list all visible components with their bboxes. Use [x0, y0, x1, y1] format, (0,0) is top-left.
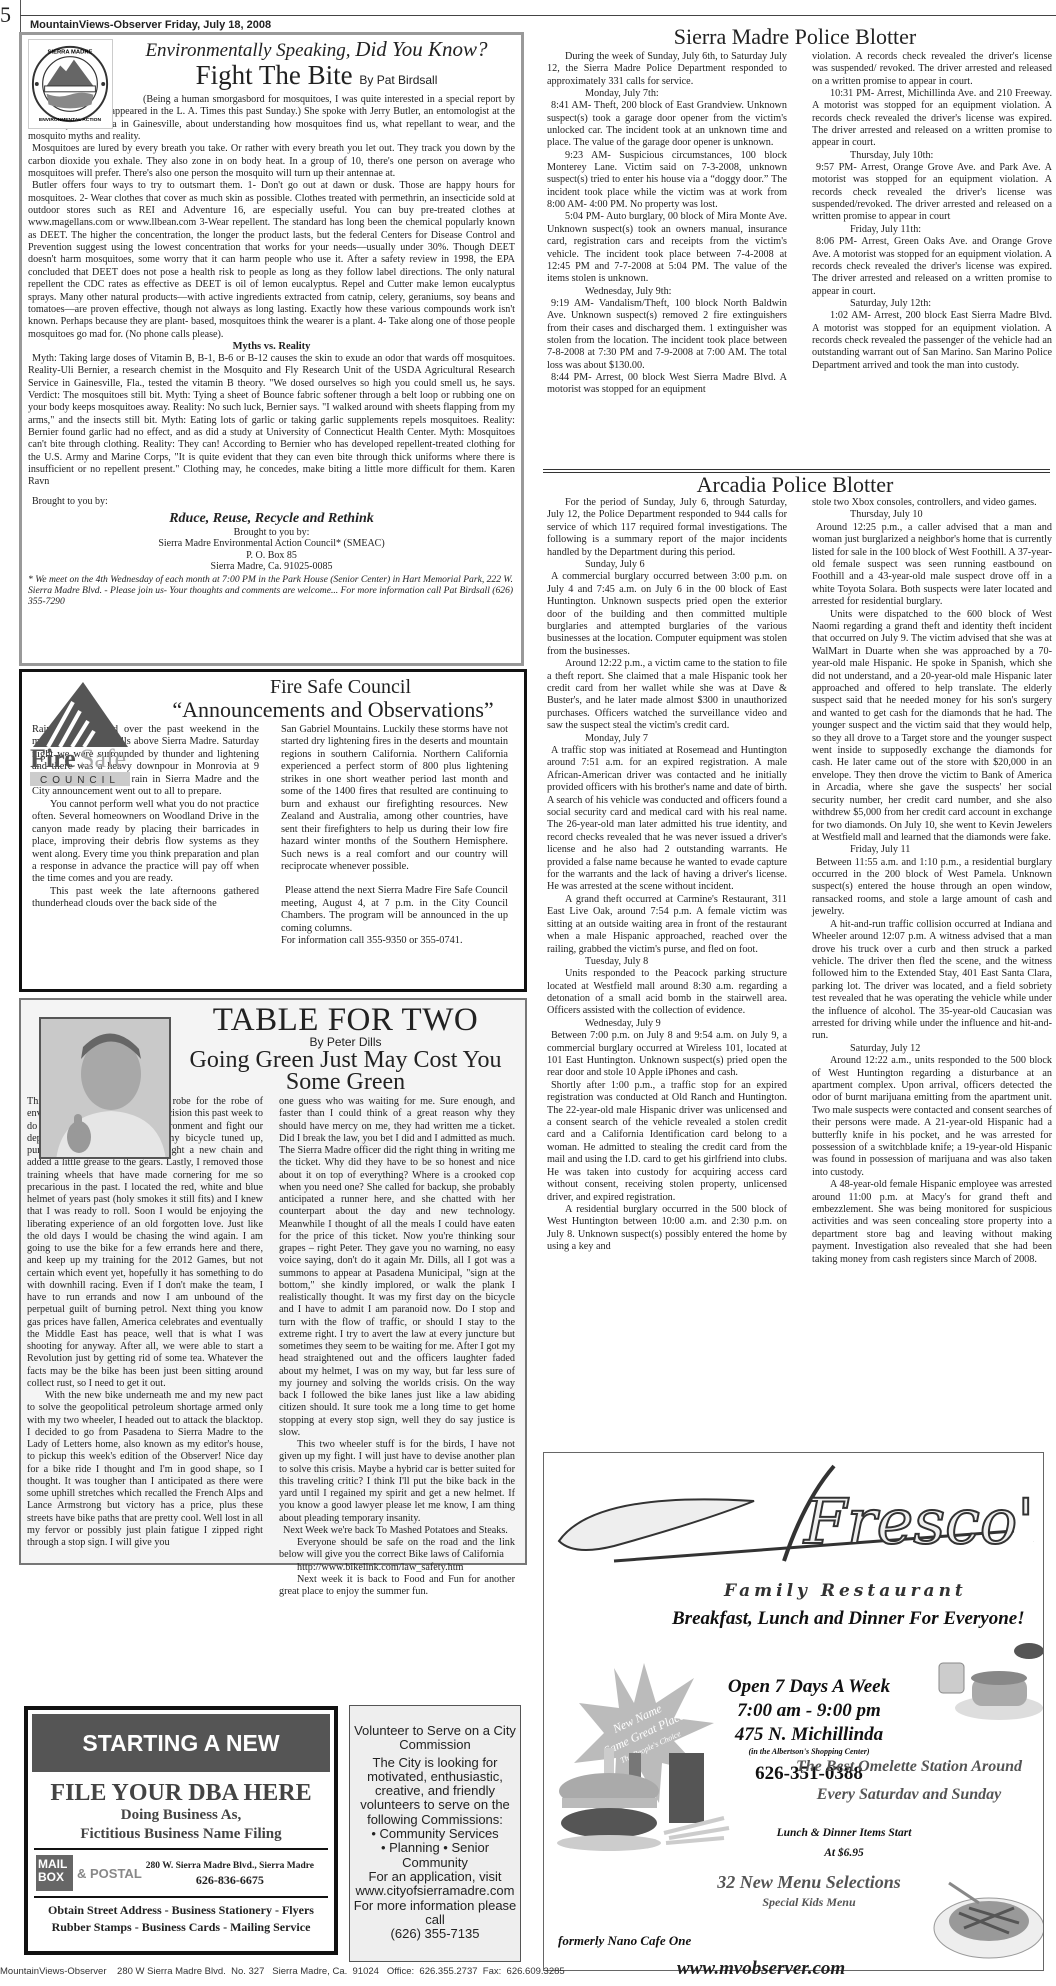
- svg-text:COUNCIL: COUNCIL: [40, 775, 120, 786]
- author-photo: [39, 1017, 171, 1159]
- svg-text:Fire: Fire: [30, 744, 76, 773]
- env-paragraph: Mosquitoes are lured by every breath you…: [28, 143, 515, 180]
- smeac-seal-icon: SIERRA MADRE ENVIRONMENTAL ACTION: [28, 39, 113, 129]
- volunteer-apply: For an application, visit www.cityofsier…: [353, 1870, 517, 1899]
- fresco-subtitle: Family Restaurant: [724, 1581, 967, 1601]
- table-for-two-column-2: one guess who was waiting for me. Sure e…: [279, 1096, 515, 1598]
- sierra-madre-blotter-title: Sierra Madre Police Blotter: [560, 25, 1030, 49]
- blotter-entry: Between 11:55 a.m. and 1:10 p.m., a resi…: [812, 857, 1052, 919]
- volunteer-title: Volunteer to Serve on a City Commission: [353, 1724, 517, 1753]
- blotter-entry: Around 12:22 a.m., units responded to th…: [812, 1055, 1052, 1179]
- blotter-day-heading: Wednesday, July 9: [547, 1018, 787, 1030]
- fire-safe-subtitle: “Announcements and Observations”: [152, 698, 514, 722]
- t2-paragraph: Next week it is back to Food and Fun for…: [279, 1574, 515, 1599]
- mailbox-logo-line: BOX: [38, 1871, 71, 1884]
- postal-label: & POSTAL: [77, 1866, 142, 1881]
- salad-photo-icon: [929, 1863, 1044, 1963]
- org-city: Sierra Madre, Ca. 91025-0085: [28, 561, 515, 573]
- fire-paragraph: San Gabriel Mountains. Luckily these sto…: [281, 724, 508, 873]
- ad-headline: FILE YOUR DBA HERE: [32, 1780, 330, 1806]
- fresco-tagline: Breakfast, Lunch and Dinner For Everyone…: [672, 1608, 1025, 1630]
- fresco-lunch-2: At $6.95: [744, 1843, 944, 1863]
- arcadia-blotter-title: Arcadia Police Blotter: [560, 473, 1030, 497]
- blotter-entry: stole two Xbox consoles, controllers, an…: [812, 497, 1052, 509]
- mailbox-postal-ad: STARTING A NEW BUSINESS ? FILE YOUR DBA …: [24, 1706, 338, 1955]
- blotter-entry: Units responded to the Peacock parking s…: [547, 968, 787, 1018]
- volunteer-item: • Planning • Senior Community: [353, 1841, 517, 1870]
- blotter-day-heading: Thursday, July 10: [812, 509, 1052, 521]
- person-photo-icon: [41, 1019, 171, 1159]
- blotter-entry: During the week of Sunday, July 6th, to …: [547, 51, 787, 88]
- fire-paragraph: This past week the late afternoons gathe…: [32, 886, 259, 911]
- svg-text:Safe: Safe: [80, 744, 126, 773]
- table-for-two-article: TABLE FOR TWO By Peter Dills Going Green…: [19, 998, 527, 1565]
- brought-by-label: Brought to you by:: [32, 496, 515, 507]
- fire-safe-column-2: San Gabriel Mountains. Luckily these sto…: [281, 724, 508, 948]
- ad-phone: 626-836-6675: [146, 1873, 314, 1887]
- header-rule: [20, 15, 1056, 16]
- fresco-open: Open 7 Days A Week: [694, 1675, 924, 1699]
- blotter-entry: A grand theft occurred at Carmine's Rest…: [547, 894, 787, 956]
- footer-contact: MountainViews-Observer 280 W Sierra Madr…: [0, 1966, 565, 1977]
- org-po-box: P. O. Box 85: [28, 550, 515, 562]
- blotter-entry: 5:04 PM- Auto burglary, 00 block of Mira…: [547, 211, 787, 285]
- env-kicker-a: Environmentally Speaking,: [145, 40, 350, 61]
- blotter-day-heading: Sunday, July 6: [547, 559, 787, 571]
- svg-text:Fresco's: Fresco's: [803, 1485, 1034, 1558]
- env-kicker-b: Did You Know?: [355, 37, 487, 61]
- fire-safe-title: Fire Safe Council: [167, 676, 514, 698]
- blotter-entry: A 48-year-old female Hispanic employee w…: [812, 1179, 1052, 1266]
- volunteer-phone: (626) 355-7135: [353, 1927, 517, 1941]
- bikelink-url[interactable]: http://www.bikelink.com/law_safety.htm: [279, 1562, 515, 1574]
- blotter-day-heading: Monday, July 7: [547, 733, 787, 745]
- blotter-entry: 8:41 AM- Theft, 200 block of East Grandv…: [547, 100, 787, 149]
- blotter-column: violation. A records check revealed the …: [812, 51, 1052, 397]
- blotter-day-heading: Thursday, July 10th:: [812, 150, 1052, 162]
- ad-services-1: Obtain Street Address - Business Station…: [32, 1902, 330, 1919]
- fresco-lunch-1: Lunch & Dinner Items Start: [744, 1823, 944, 1843]
- ad-services-2: Rubber Stamps - Business Cards - Mailing…: [32, 1919, 330, 1936]
- fresco-formerly: formerly Nano Cafe One: [558, 1933, 691, 1949]
- column-title: TABLE FOR TWO: [172, 1004, 519, 1036]
- env-paragraph: Butler offers four ways to try to outsma…: [28, 180, 515, 340]
- org-name: Sierra Madre Environmental Action Counci…: [28, 538, 515, 550]
- blotter-entry: A commercial burglary occurred between 3…: [547, 571, 787, 658]
- fire-paragraph: You cannot perform well what you do not …: [32, 799, 259, 886]
- blotter-entry: violation. A records check revealed the …: [812, 51, 1052, 88]
- blotter-day-heading: Friday, July 11th:: [812, 224, 1052, 236]
- brought-by-label-2: Brought to you by:: [28, 527, 515, 539]
- arcadia-blotter: For the period of Sunday, July 6, throug…: [547, 497, 1052, 1266]
- svg-text:SIERRA MADRE: SIERRA MADRE: [48, 50, 93, 56]
- ad-subline-1: Doing Business As,: [32, 1806, 330, 1825]
- blotter-entry: 8:44 PM- Arrest, 00 block West Sierra Ma…: [547, 372, 787, 397]
- env-byline: By Pat Birdsall: [359, 73, 437, 87]
- volunteer-notice: Volunteer to Serve on a City Commission …: [349, 1705, 521, 1962]
- myths-heading: Myths vs. Reality: [28, 341, 515, 353]
- footer-website[interactable]: www.mvobserver.com: [677, 1958, 845, 1980]
- blotter-entry: 9:23 AM- Suspicious circumstances, 100 b…: [547, 150, 787, 212]
- blotter-column: stole two Xbox consoles, controllers, an…: [812, 497, 1052, 1266]
- svg-text:ENVIRONMENTAL ACTION: ENVIRONMENTAL ACTION: [39, 117, 101, 123]
- ad-subline-2: Fictitious Business Name Filing: [32, 1825, 330, 1844]
- fire-paragraph: Please attend the next Sierra Madre Fire…: [281, 885, 508, 935]
- table-for-two-column-1: This week I gave up the chef's robe for …: [27, 1096, 263, 1598]
- blotter-entry: 9:19 AM- Vandalism/Theft, 100 block Nort…: [547, 298, 787, 372]
- t2-paragraph: This two wheeler stuff is for the birds,…: [279, 1439, 515, 1525]
- volunteer-info: For more information please call: [353, 1899, 517, 1928]
- blotter-column: During the week of Sunday, July 6th, to …: [547, 51, 787, 397]
- blotter-entry: A residential burglary occurred in the 5…: [547, 1204, 787, 1254]
- volunteer-item: • Community Services: [353, 1827, 517, 1841]
- blotter-day-heading: Monday, July 7th:: [547, 88, 787, 100]
- pancake-photo-icon: [934, 1643, 1044, 1723]
- blotter-day-heading: Friday, July 11: [812, 844, 1052, 856]
- blotter-entry: 9:57 PM- Arrest, Orange Grove Ave. and P…: [812, 162, 1052, 224]
- fire-info-line: For information call 355-9350 or 355-074…: [281, 935, 508, 947]
- t2-paragraph: With the new bike underneath me and my n…: [27, 1390, 263, 1549]
- blotter-entry: A hit-and-run traffic collision occurred…: [812, 919, 1052, 1043]
- fresco-menu-1: 32 New Menu Selections: [694, 1871, 924, 1893]
- blotter-entry: 10:31 PM- Arrest, Michillinda Ave. and 2…: [812, 88, 1052, 150]
- fire-safe-logo-icon: Fire Safe COUNCIL: [28, 677, 133, 790]
- ad-address: 280 W. Sierra Madre Blvd., Sierra Madre: [146, 1859, 314, 1873]
- burger-photo-icon: [554, 1743, 734, 1863]
- blotter-entry: 8:06 PM- Arrest, Green Oaks Ave. and Ora…: [812, 236, 1052, 298]
- column-headline: Going Green Just May Cost You Some Green: [172, 1049, 519, 1093]
- ad-banner: STARTING A NEW BUSINESS ?: [32, 1714, 330, 1772]
- fresco-hours: 7:00 am - 9:00 pm: [694, 1699, 924, 1723]
- blotter-entry: 1:02 AM- Arrest, 200 block East Sierra M…: [812, 310, 1052, 372]
- t2-paragraph: one guess who was waiting for me. Sure e…: [279, 1096, 515, 1439]
- page-number: 5: [0, 2, 11, 28]
- blotter-entry: Units were dispatched to the 600 block o…: [812, 609, 1052, 845]
- blotter-entry: A traffic stop was initiated at Rosemead…: [547, 745, 787, 894]
- masthead: MountainViews-Observer Friday, July 18, …: [30, 19, 271, 31]
- frescos-restaurant-ad: Fresco's Family Restaurant Breakfast, Lu…: [543, 1452, 1044, 1971]
- blotter-day-heading: Wednesday, July 9th:: [547, 286, 787, 298]
- blotter-day-heading: Tuesday, July 8: [547, 956, 787, 968]
- myths-paragraph: Myth: Taking large doses of Vitamin B, B…: [28, 353, 515, 489]
- fire-safe-article: Fire Safe COUNCIL Fire Safe Council “Ann…: [19, 669, 527, 992]
- fresco-omelette-2: Every Saturdav and Sunday: [774, 1781, 1044, 1809]
- blotter-entry: Around 12:25 p.m., a caller advised that…: [812, 522, 1052, 609]
- env-title: Fight The Bite: [196, 60, 353, 90]
- t2-paragraph: Everyone should be safe on the road and …: [279, 1537, 515, 1562]
- blotter-entry: Shortly after 1:00 p.m., a traffic stop …: [547, 1080, 787, 1204]
- environment-article: SIERRA MADRE ENVIRONMENTAL ACTION Enviro…: [19, 32, 524, 666]
- blotter-day-heading: Saturday, July 12: [812, 1043, 1052, 1055]
- blotter-entry: For the period of Sunday, July 6, throug…: [547, 497, 787, 559]
- fresco-omelette-1: The Best Omelette Station Around: [774, 1753, 1044, 1781]
- fresco-menu-2: Special Kids Menu: [694, 1893, 924, 1911]
- t2-paragraph: Next Week we're back To Mashed Potatoes …: [279, 1525, 515, 1537]
- frescos-logo-icon: Fresco's: [554, 1461, 1034, 1581]
- sierra-madre-blotter: During the week of Sunday, July 6th, to …: [547, 51, 1052, 397]
- mailbox-logo: MAIL BOX: [36, 1855, 73, 1891]
- volunteer-body: The City is looking for motivated, enthu…: [353, 1756, 517, 1827]
- env-slogan: Rduce, Reuse, Recycle and Rethink: [28, 511, 515, 527]
- blotter-entry: Between 7:00 p.m. on July 8 and 9:54 a.m…: [547, 1030, 787, 1080]
- env-footnote: * We meet on the 4th Wednesday of each m…: [28, 574, 515, 607]
- blotter-day-heading: Saturday, July 12th:: [812, 298, 1052, 310]
- blotter-column: For the period of Sunday, July 6, throug…: [547, 497, 787, 1266]
- blotter-entry: Around 12:22 p.m., a victim came to the …: [547, 658, 787, 732]
